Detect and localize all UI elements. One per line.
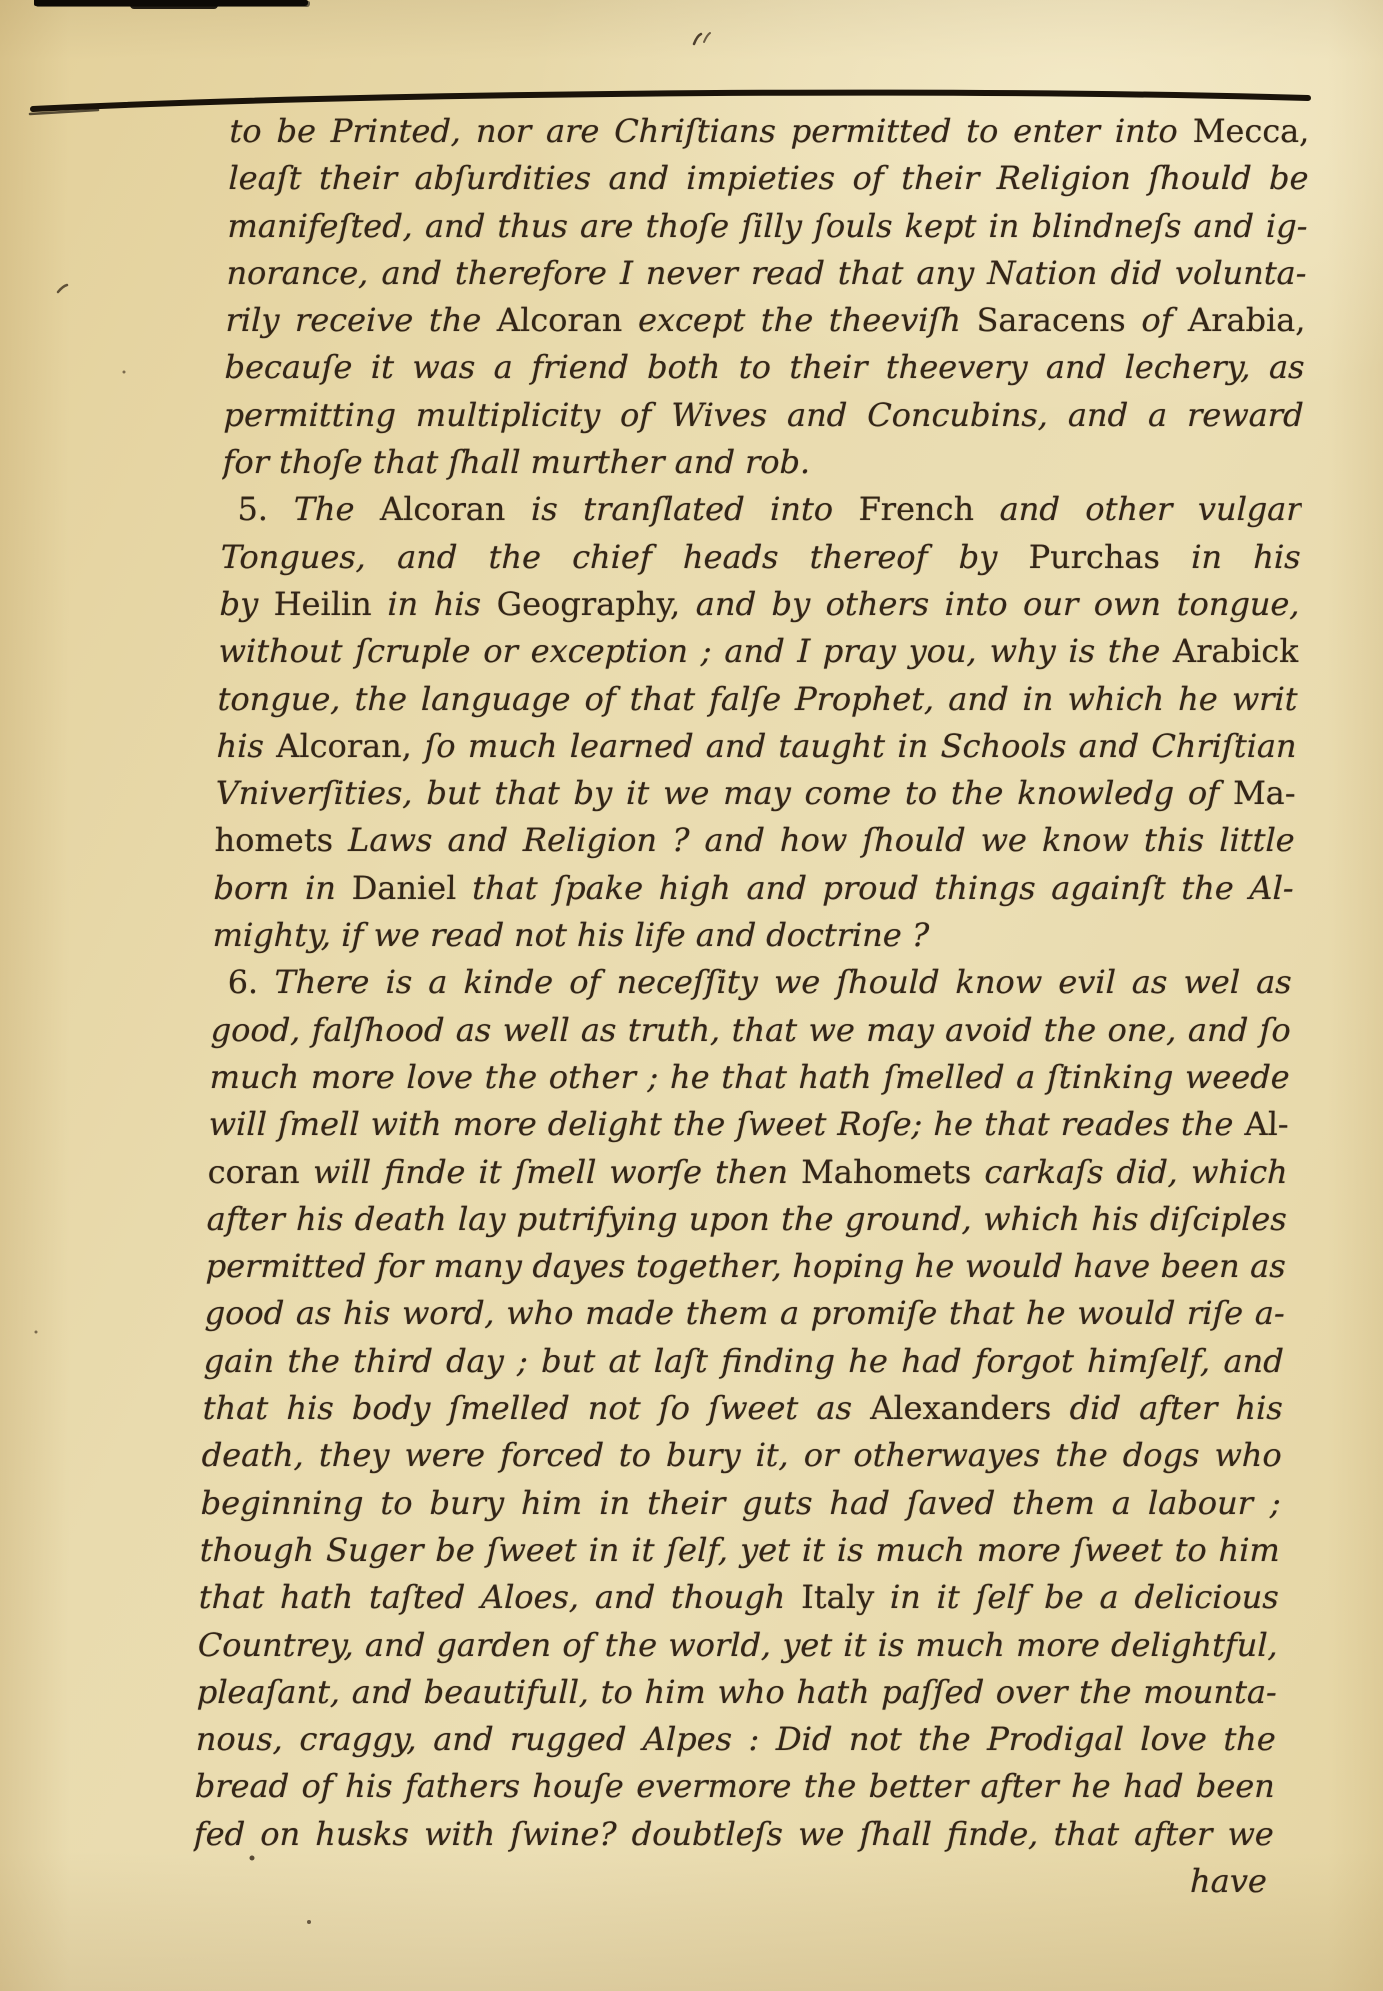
roman-text-segment: Mahomets <box>801 1153 972 1191</box>
text-line: good as his word, who made them a promiſ… <box>204 1290 1285 1337</box>
italic-text-segment: Laws and Religion ? and how ſhould we kn… <box>348 821 1295 859</box>
italic-text-segment: Vniverſities, but that by it we may come… <box>215 774 1233 812</box>
text-line: born in Daniel that ſpake high and proud… <box>213 865 1294 912</box>
roman-text-segment: Daniel <box>351 869 457 907</box>
italic-text-segment: after his death lay putrifying upon the … <box>206 1200 1287 1238</box>
italic-text-segment: though Suger be ſweet in it ſelf, yet it… <box>199 1531 1280 1569</box>
italic-text-segment: leaſt their abſurdities and impieties of… <box>228 159 1309 197</box>
italic-text-segment: good, falſhood as well as truth, that we… <box>210 1011 1291 1049</box>
text-line: will ſmell with more delight the ſweet R… <box>208 1101 1289 1148</box>
text-line: manifeſted, and thus are thoſe ſilly ſou… <box>227 203 1308 250</box>
italic-text-segment: to be Printed, nor are Chriſtians permit… <box>229 112 1193 150</box>
roman-text-segment: Italy <box>801 1578 875 1616</box>
italic-text-segment: permitted for many dayes together, hopin… <box>205 1247 1286 1285</box>
italic-text-segment: Tongues, and the chief heads thereof by <box>220 538 1029 576</box>
roman-text-segment: Arabick <box>1173 632 1299 670</box>
page-edge-artifact-blob <box>130 4 218 9</box>
text-line: pleaſant, and beautifull, to him who hat… <box>196 1669 1277 1716</box>
text-line: Tongues, and the chief heads thereof by … <box>220 534 1301 581</box>
italic-text-segment: born in <box>213 869 352 907</box>
italic-text-segment: gain the third day ; but at laſt finding… <box>203 1342 1284 1380</box>
text-line: leaſt their abſurdities and impieties of… <box>228 155 1309 202</box>
italic-text-segment: manifeſted, and thus are thoſe ſilly ſou… <box>227 207 1308 245</box>
text-line: after his death lay putrifying upon the … <box>206 1196 1287 1243</box>
italic-text-segment: did after his <box>1051 1389 1283 1427</box>
italic-text-segment: mighty, if we read not his life and doct… <box>212 916 929 954</box>
text-line: death, they were forced to bury it, or o… <box>201 1432 1282 1479</box>
italic-text-segment: becauſe it was a friend both to their th… <box>224 348 1305 386</box>
italic-text-segment: bread of his fathers houſe evermore the … <box>194 1767 1275 1805</box>
roman-text-segment: Geography, <box>496 585 681 623</box>
text-line: permitting multiplicity of Wives and Con… <box>223 392 1304 439</box>
text-line: 6. There is a kinde of neceſſity we ſhou… <box>211 959 1292 1006</box>
italic-text-segment: pleaſant, and beautifull, to him who hat… <box>196 1673 1277 1711</box>
italic-text-segment: in his <box>371 585 497 623</box>
roman-text-segment: Arabia, <box>1188 301 1306 339</box>
italic-text-segment: without ſcruple or exception ; and I pra… <box>218 632 1173 670</box>
text-line: that his body ſmelled not ſo ſweet as Al… <box>202 1385 1283 1432</box>
text-line: without ſcruple or exception ; and I pra… <box>218 628 1299 675</box>
text-line: 5. The Alcoran is tranſlated into French… <box>221 486 1302 533</box>
italic-text-segment: and other vulgar <box>974 490 1302 528</box>
italic-text-segment: of <box>1125 301 1188 339</box>
text-line: that hath taſted Aloes, and though Italy… <box>198 1574 1279 1621</box>
text-line: beginning to bury him in their guts had … <box>200 1480 1281 1527</box>
text-block: to be Printed, nor are Chriſtians permit… <box>192 108 1310 1905</box>
catchword: have <box>192 1858 1273 1905</box>
italic-text-segment: Countrey, and garden of the world, yet i… <box>197 1626 1278 1664</box>
text-line: mighty, if we read not his life and doct… <box>212 912 1293 959</box>
roman-text-segment: homets <box>214 821 348 859</box>
italic-text-segment: permitting multiplicity of Wives and Con… <box>223 396 1304 434</box>
text-line: for thoſe that ſhall murther and rob. <box>222 439 1303 486</box>
text-line: nous, craggy, and rugged Alpes : Did not… <box>195 1716 1276 1763</box>
italic-text-segment: is tranſlated into <box>505 490 859 528</box>
roman-text-segment: coran <box>207 1153 313 1191</box>
italic-text-segment: will ſmell with more delight the ſweet R… <box>208 1105 1245 1143</box>
roman-text-segment: Al- <box>1244 1105 1289 1143</box>
text-line: coran will finde it ſmell worſe then Mah… <box>207 1149 1288 1196</box>
italic-text-segment: much more love the other ; he that hath … <box>209 1058 1290 1096</box>
italic-text-segment: carkaſs did, which <box>971 1153 1288 1191</box>
italic-text-segment: nous, craggy, and rugged Alpes : Did not… <box>195 1720 1276 1758</box>
book-page-scan: to be Printed, nor are Chriſtians permit… <box>0 0 1383 1991</box>
italic-text-segment: There is a kinde of neceſſity we ſhould … <box>274 963 1292 1001</box>
text-line: becauſe it was a friend both to their th… <box>224 344 1305 391</box>
text-line: Vniverſities, but that by it we may come… <box>215 770 1296 817</box>
italic-text-segment: fed on husks with ſwine? doubtleſs we ſh… <box>193 1815 1274 1853</box>
italic-text-segment: that ſpake high and proud things againſt… <box>456 869 1294 907</box>
italic-text-segment: for thoſe that ſhall murther and rob. <box>222 443 810 481</box>
italic-text-segment: that hath taſted Aloes, and though <box>198 1578 801 1616</box>
roman-text-segment: Mecca, <box>1192 112 1310 150</box>
roman-text-segment: Alcoran, <box>276 727 412 765</box>
italic-text-segment: that his body ſmelled not ſo ſweet as <box>202 1389 870 1427</box>
italic-text-segment: tongue, the language of that falſe Proph… <box>217 680 1298 718</box>
text-line: much more love the other ; he that hath … <box>209 1054 1290 1101</box>
text-line: good, falſhood as well as truth, that we… <box>210 1007 1291 1054</box>
roman-text-segment: Ma- <box>1233 774 1296 812</box>
text-line: by Heilin in his Geography, and by other… <box>219 581 1300 628</box>
text-line: rily receive the Alcoran except the thee… <box>225 297 1306 344</box>
text-line: fed on husks with ſwine? doubtleſs we ſh… <box>193 1811 1274 1858</box>
italic-text-segment: will finde it ſmell worſe then <box>313 1153 802 1191</box>
text-line: norance, and therefore I never read that… <box>226 250 1307 297</box>
text-line: though Suger be ſweet in it ſelf, yet it… <box>199 1527 1280 1574</box>
italic-text-segment: death, they were forced to bury it, or o… <box>201 1436 1282 1479</box>
text-line: bread of his fathers houſe evermore the … <box>194 1763 1275 1810</box>
italic-text-segment: ſo much learned and taught in Schools an… <box>412 727 1297 765</box>
text-line: to be Printed, nor are Chriſtians permit… <box>229 108 1310 155</box>
text-line: gain the third day ; but at laſt finding… <box>203 1338 1284 1385</box>
italic-text-segment: in his <box>1160 538 1301 576</box>
lines-container: to be Printed, nor are Chriſtians permit… <box>193 108 1310 1858</box>
text-line: tongue, the language of that falſe Proph… <box>217 676 1298 723</box>
italic-text-segment: his <box>216 727 276 765</box>
roman-text-segment: Alexanders <box>870 1389 1052 1427</box>
italic-text-segment: norance, and therefore I never read that… <box>226 254 1307 292</box>
roman-text-segment: Heilin <box>273 585 372 623</box>
text-line: his Alcoran, ſo much learned and taught … <box>216 723 1297 770</box>
roman-text-segment: 6. <box>227 963 274 1001</box>
roman-text-segment: Purchas <box>1028 538 1160 576</box>
roman-text-segment: French <box>858 490 974 528</box>
text-line: Countrey, and garden of the world, yet i… <box>197 1622 1278 1669</box>
italic-text-segment: by <box>219 585 274 623</box>
roman-text-segment: Saracens <box>976 301 1126 339</box>
italic-text-segment: rily receive the <box>225 301 497 339</box>
italic-text-segment: beginning to bury him in their guts had … <box>200 1484 1281 1522</box>
text-line: homets Laws and Religion ? and how ſhoul… <box>214 817 1295 864</box>
italic-text-segment: and by others into our own tongue, <box>680 585 1300 623</box>
roman-text-segment: 5. <box>237 490 294 528</box>
italic-text-segment: except the theeviſh <box>622 301 977 339</box>
roman-text-segment: Alcoran <box>497 301 623 339</box>
italic-text-segment: in it ſelf be a delicious <box>874 1578 1279 1616</box>
italic-text-segment: The <box>293 490 380 528</box>
roman-text-segment: Alcoran <box>380 490 506 528</box>
italic-text-segment: good as his word, who made them a promiſ… <box>204 1294 1285 1332</box>
text-line: permitted for many dayes together, hopin… <box>205 1243 1286 1290</box>
